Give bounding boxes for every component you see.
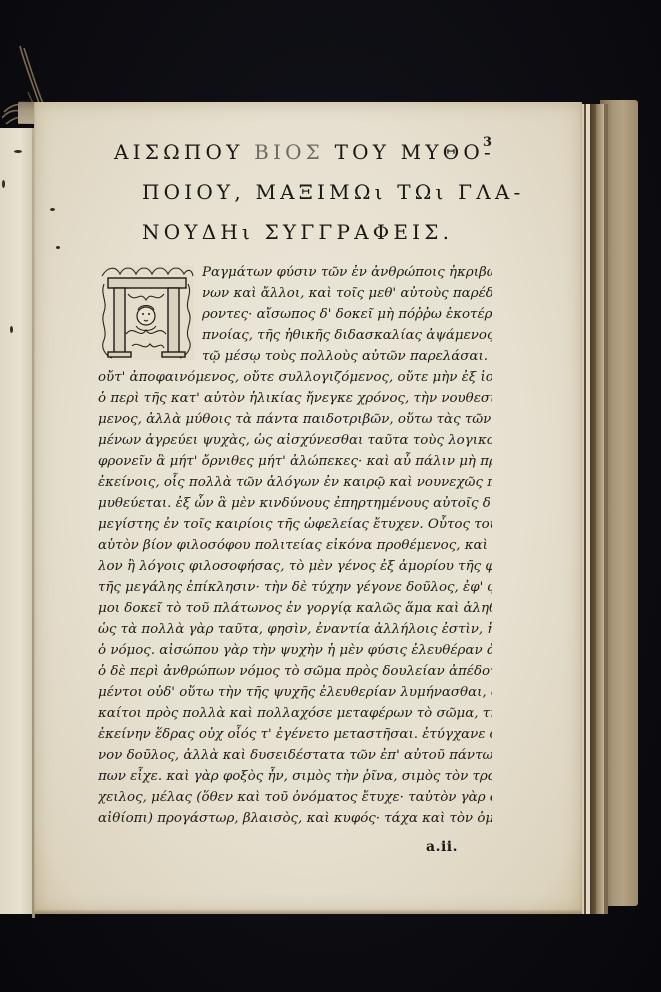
text-line: μυθεύεται. ἐξ ὧν ἃ μὲν κινδύνους ἐπηρτημ…	[98, 493, 492, 514]
title-word-bios: ΒΙΟΣ	[254, 140, 324, 164]
recto-page: 3 ΑΙΣΩΠΟΥ ΒΙΟΣ ΤΟΥ ΜΥΘΟ- ΠΟΙΟΥ, ΜΑΞΙΜΩι …	[34, 102, 582, 914]
text-line: τῆς μεγάλης ἐπίκλησιν· τὴν δὲ τύχην γέγο…	[98, 577, 492, 598]
signature-mark: a.ii.	[426, 839, 458, 855]
ink-blot	[56, 246, 60, 249]
ink-blot	[10, 326, 13, 333]
text-line: πων εἶχε. καὶ γὰρ φοξὸς ἦν, σιμὸς τὴν ῥῖ…	[98, 766, 492, 787]
ink-blot	[2, 180, 5, 188]
title-line-3: ΝΟΥΔΗι ΣΥΓΓΡΑΦΕΙΣ.	[142, 220, 453, 244]
book-photograph: 3 ΑΙΣΩΠΟΥ ΒΙΟΣ ΤΟΥ ΜΥΘΟ- ΠΟΙΟΥ, ΜΑΞΙΜΩι …	[0, 0, 661, 992]
ink-blot	[14, 150, 22, 153]
text-line: ὁ δὲ περὶ ἀνθρώπων νόμος τὸ σῶμα πρὸς δο…	[98, 661, 492, 682]
ink-blot	[50, 208, 55, 211]
text-line: μενος, ἀλλὰ μύθοις τὰ πάντα παιδοτριβῶν,…	[98, 409, 492, 430]
text-line: νον δοῦλος, ἀλλὰ καὶ δυσειδέστατα τῶν ἐπ…	[98, 745, 492, 766]
text-line: χειλος, μέλας (ὅθεν καὶ τοῦ ὀνόματος ἔτυ…	[98, 787, 492, 808]
page-stack-edge	[580, 104, 608, 914]
text-line: ὁ νόμος. αἰσώπου γὰρ τὴν ψυχὴν ἡ μὲν φύσ…	[98, 640, 492, 661]
text-line: μοι δοκεῖ τὸ τοῦ πλάτωνος ἐν γοργίᾳ καλῶ…	[98, 598, 492, 619]
text-line: τῷ μέσῳ τοὺς πολλοὺς αὐτῶν παρελάσαι. κα…	[202, 346, 492, 367]
verso-page-sliver	[0, 128, 34, 914]
text-line: νων καὶ ἄλλοι, καὶ τοῖς μεθ' αὐτοὺς παρέ…	[202, 283, 492, 304]
ornamental-initial-icon	[98, 264, 195, 361]
text-line: πνοίας, τῆς ἠθικῆς διδασκαλίας ἀψάμενος …	[202, 325, 492, 346]
text-line: ὁ περὶ τῆς κατ' αὐτὸν ἡλικίας ἤνεγκε χρό…	[98, 388, 492, 409]
text-line: αἰθίοπι) προγάστωρ, βλαισὸς, καὶ κυφός· …	[98, 808, 492, 829]
text-line: ροντες· αἴσωπος δ' δοκεῖ μὴ πόῤῥω ἑκοτέρ…	[202, 304, 492, 325]
text-line: ὡς τὰ πολλὰ γὰρ ταῦτα, φησὶν, ἐναντία ἀλ…	[98, 619, 492, 640]
text-line: μένων ἀγρεύει ψυχὰς, ὡς αἰσχύνεσθαι ταῦτ…	[98, 430, 492, 451]
text-line: αὑτὸν βίον φιλοσόφου πολιτείας εἰκόνα πρ…	[98, 535, 492, 556]
text-line: καίτοι πρὸς πολλὰ καὶ πολλαχόσε μεταφέρω…	[98, 703, 492, 724]
title-line-2: ΠΟΙΟΥ, ΜΑΞΙΜΩι ΤΩι ΓΛΑ-	[142, 180, 524, 204]
title-word-aisopou: ΑΙΣΩΠΟΥ	[114, 140, 244, 164]
text-line: μέντοι οὐδ' οὕτω τὴν τῆς ψυχῆς ἐλευθερία…	[98, 682, 492, 703]
text-line: Ραγμάτων φύσιν τῶν ἐν ἀνθρώποις ἠκριβωσμ…	[202, 262, 492, 283]
text-line: ἐκείνοις, οἷς πολλὰ τῶν ἀλόγων ἐν καιρῷ …	[98, 472, 492, 493]
text-line: οὔτ' ἀποφαινόμενος, οὔτε συλλογιζόμενος,…	[98, 367, 492, 388]
text-line: ἐκείνην ἕδρας οὐχ οἷός τ' ἐγένετο μεταστ…	[98, 724, 492, 745]
text-line: μεγίστης ἐν τοῖς καιρίοις τῆς ὠφελείας ἔ…	[98, 514, 492, 535]
title-line-1: ΑΙΣΩΠΟΥ ΒΙΟΣ ΤΟΥ ΜΥΘΟ-	[114, 140, 495, 164]
title-word-tou-mytho: ΤΟΥ ΜΥΘΟ-	[335, 140, 495, 164]
text-line: λον ἢ λόγοις φιλοσοφήσας, τὸ μὲν γένος ἐ…	[98, 556, 492, 577]
text-line: φρονεῖν ἃ μήτ' ὄρνιθες μήτ' ἀλώπεκες· κα…	[98, 451, 492, 472]
